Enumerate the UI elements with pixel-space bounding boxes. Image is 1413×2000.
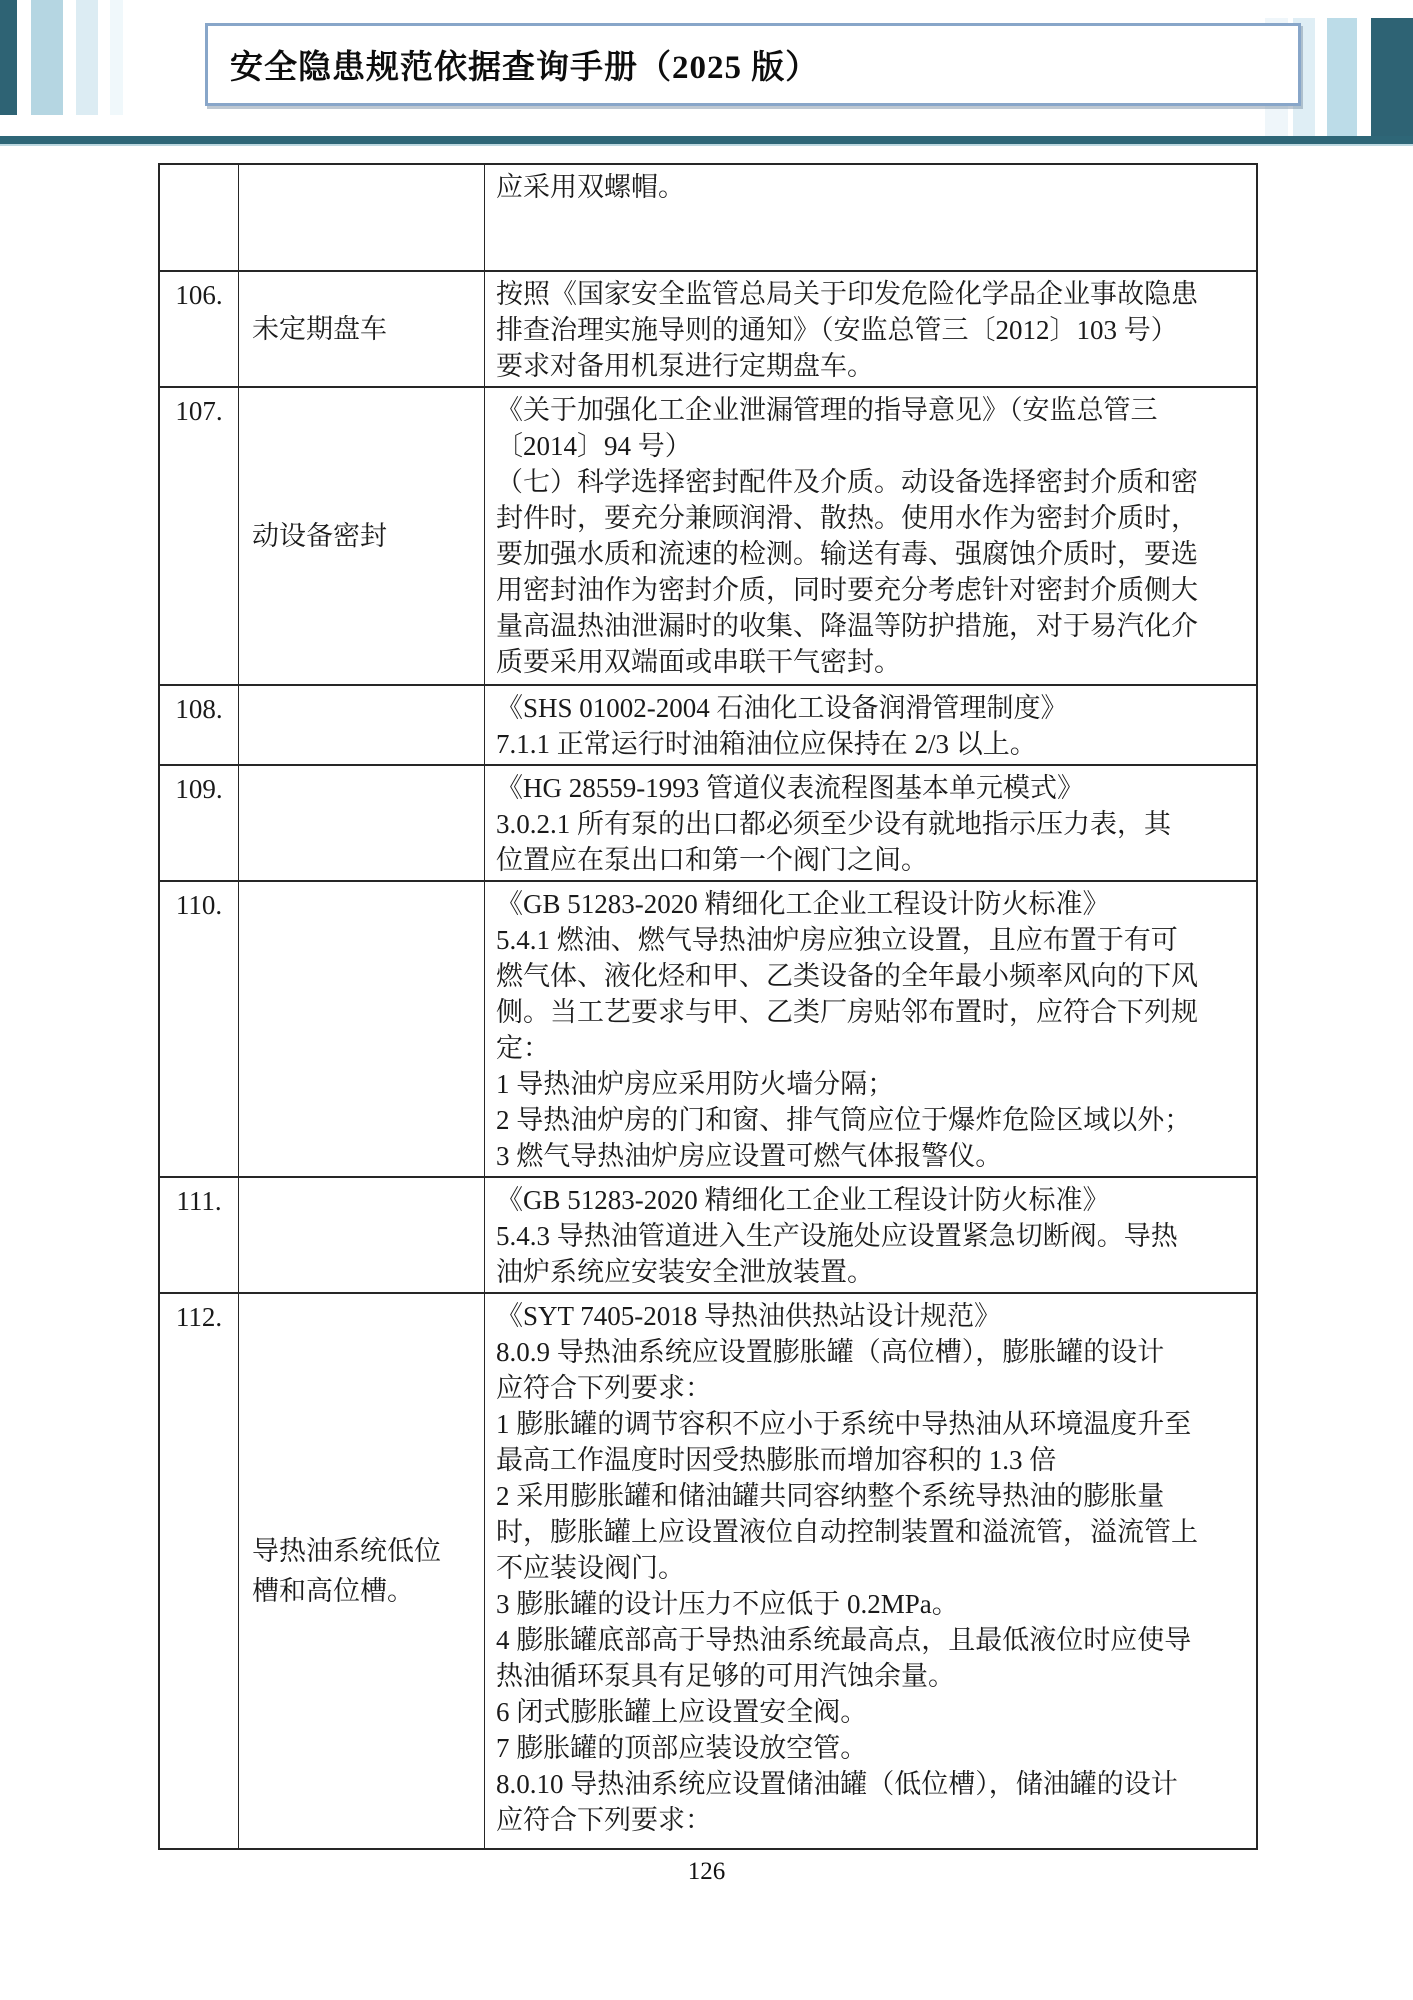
- table-row: 111. 《GB 51283-2020 精细化工企业工程设计防火标准》5.4.3…: [160, 1176, 1256, 1292]
- content-line: 〔2014〕94 号）: [496, 428, 1244, 464]
- content-line: 1 膨胀罐的调节容积不应小于系统中导热油从环境温度升至: [496, 1406, 1244, 1442]
- row-number-cell: [160, 165, 239, 270]
- row-number-cell: 110.: [160, 882, 239, 1176]
- row-content-cell: 《关于加强化工企业泄漏管理的指导意见》（安监总管三〔2014〕94 号）（七）科…: [485, 388, 1256, 684]
- row-number-cell: 106.: [160, 272, 239, 386]
- content-line: 排查治理实施导则的通知》（安监总管三〔2012〕103 号）: [496, 312, 1244, 348]
- table-row: 110. 《GB 51283-2020 精细化工企业工程设计防火标准》5.4.1…: [160, 880, 1256, 1176]
- table-row: 应采用双螺帽。: [160, 165, 1256, 270]
- row-category-cell: 未定期盘车: [239, 272, 485, 386]
- right-stripe-dark: [1371, 18, 1413, 144]
- content-line: 《GB 51283-2020 精细化工企业工程设计防火标准》: [496, 1182, 1244, 1218]
- category-line: 未定期盘车: [252, 309, 484, 349]
- row-content-cell: 《GB 51283-2020 精细化工企业工程设计防火标准》5.4.3 导热油管…: [485, 1178, 1256, 1292]
- row-category-cell: [239, 882, 485, 1176]
- content-line: 4 膨胀罐底部高于导热油系统最高点，且最低液位时应使导: [496, 1622, 1244, 1658]
- content-line: 《SYT 7405-2018 导热油供热站设计规范》: [496, 1298, 1244, 1334]
- row-number-cell: 109.: [160, 766, 239, 880]
- content-line: 《关于加强化工企业泄漏管理的指导意见》（安监总管三: [496, 392, 1244, 428]
- content-line: 8.0.9 导热油系统应设置膨胀罐（高位槽），膨胀罐的设计: [496, 1334, 1244, 1370]
- content-line: 要求对备用机泵进行定期盘车。: [496, 348, 1244, 384]
- content-line: 位置应在泵出口和第一个阀门之间。: [496, 842, 1244, 878]
- table-row: 109. 《HG 28559-1993 管道仪表流程图基本单元模式》3.0.2.…: [160, 764, 1256, 880]
- row-category-cell: [239, 766, 485, 880]
- row-number-cell: 112.: [160, 1294, 239, 1848]
- row-content-cell: 《SHS 01002-2004 石油化工设备润滑管理制度》7.1.1 正常运行时…: [485, 686, 1256, 764]
- row-category-cell: [239, 165, 485, 270]
- content-line: 燃气体、液化烃和甲、乙类设备的全年最小频率风向的下风: [496, 958, 1244, 994]
- content-line: 应采用双螺帽。: [496, 169, 1244, 205]
- content-line: 时，膨胀罐上应设置液位自动控制装置和溢流管，溢流管上: [496, 1514, 1244, 1550]
- content-line: 3 膨胀罐的设计压力不应低于 0.2MPa。: [496, 1586, 1244, 1622]
- header-divider-bar: [0, 136, 1413, 144]
- right-stripe-light-blue: [1327, 18, 1357, 136]
- row-number-cell: 111.: [160, 1178, 239, 1292]
- category-line: 动设备密封: [252, 516, 484, 556]
- left-stripe-dark: [0, 0, 17, 115]
- content-line: 要加强水质和流速的检测。输送有毒、强腐蚀介质时，要选: [496, 536, 1244, 572]
- left-stripe-pale-blue: [76, 0, 98, 115]
- content-line: （七）科学选择密封配件及介质。动设备选择密封介质和密: [496, 464, 1244, 500]
- content-line: 侧。当工艺要求与甲、乙类厂房贴邻布置时，应符合下列规: [496, 994, 1244, 1030]
- row-category-cell: 导热油系统低位槽和高位槽。: [239, 1294, 485, 1848]
- content-line: 不应装设阀门。: [496, 1550, 1244, 1586]
- content-line: 3.0.2.1 所有泵的出口都必须至少设有就地指示压力表，其: [496, 806, 1244, 842]
- document-page: 安全隐患规范依据查询手册（2025 版） 应采用双螺帽。 106. 未定期盘车 …: [0, 0, 1413, 2000]
- table-row: 106. 未定期盘车 按照《国家安全监管总局关于印发危险化学品企业事故隐患排查治…: [160, 270, 1256, 386]
- category-line: 槽和高位槽。: [252, 1571, 484, 1611]
- content-line: 5.4.3 导热油管道进入生产设施处应设置紧急切断阀。导热: [496, 1218, 1244, 1254]
- table-row: 108. 《SHS 01002-2004 石油化工设备润滑管理制度》7.1.1 …: [160, 684, 1256, 764]
- content-line: 3 燃气导热油炉房应设置可燃气体报警仪。: [496, 1138, 1244, 1174]
- row-content-cell: 《SYT 7405-2018 导热油供热站设计规范》8.0.9 导热油系统应设置…: [485, 1294, 1256, 1848]
- header-title-box: 安全隐患规范依据查询手册（2025 版）: [205, 23, 1301, 106]
- category-line: 导热油系统低位: [252, 1531, 484, 1571]
- content-line: 应符合下列要求：: [496, 1370, 1244, 1406]
- content-line: 最高工作温度时因受热膨胀而增加容积的 1.3 倍: [496, 1442, 1244, 1478]
- row-content-cell: 应采用双螺帽。: [485, 165, 1256, 270]
- content-line: 7 膨胀罐的顶部应装设放空管。: [496, 1730, 1244, 1766]
- content-line: 《SHS 01002-2004 石油化工设备润滑管理制度》: [496, 690, 1244, 726]
- content-line: 油炉系统应安装安全泄放装置。: [496, 1254, 1244, 1290]
- row-content-cell: 《GB 51283-2020 精细化工企业工程设计防火标准》5.4.1 燃油、燃…: [485, 882, 1256, 1176]
- row-category-cell: [239, 686, 485, 764]
- content-line: 定：: [496, 1030, 1244, 1066]
- content-line: 用密封油作为密封介质，同时要充分考虑针对密封介质侧大: [496, 572, 1244, 608]
- row-content-cell: 按照《国家安全监管总局关于印发危险化学品企业事故隐患排查治理实施导则的通知》（安…: [485, 272, 1256, 386]
- content-line: 应符合下列要求：: [496, 1802, 1244, 1838]
- left-stripe-faint-blue: [110, 0, 123, 115]
- row-category-cell: 动设备密封: [239, 388, 485, 684]
- row-number-cell: 108.: [160, 686, 239, 764]
- header-divider-bar-edge: [0, 144, 1413, 146]
- page-number: 126: [0, 1858, 1413, 1886]
- content-line: 按照《国家安全监管总局关于印发危险化学品企业事故隐患: [496, 276, 1244, 312]
- content-line: 6 闭式膨胀罐上应设置安全阀。: [496, 1694, 1244, 1730]
- content-line: 封件时，要充分兼顾润滑、散热。使用水作为密封介质时，: [496, 500, 1244, 536]
- content-line: 量高温热油泄漏时的收集、降温等防护措施，对于易汽化介: [496, 608, 1244, 644]
- content-line: 7.1.1 正常运行时油箱油位应保持在 2/3 以上。: [496, 726, 1244, 762]
- page-title: 安全隐患规范依据查询手册（2025 版）: [230, 41, 819, 88]
- content-line: 热油循环泵具有足够的可用汽蚀余量。: [496, 1658, 1244, 1694]
- content-line: 2 采用膨胀罐和储油罐共同容纳整个系统导热油的膨胀量: [496, 1478, 1244, 1514]
- content-line: 5.4.1 燃油、燃气导热油炉房应独立设置，且应布置于有可: [496, 922, 1244, 958]
- table-row: 107. 动设备密封 《关于加强化工企业泄漏管理的指导意见》（安监总管三〔201…: [160, 386, 1256, 684]
- row-content-cell: 《HG 28559-1993 管道仪表流程图基本单元模式》3.0.2.1 所有泵…: [485, 766, 1256, 880]
- table-row: 112. 导热油系统低位槽和高位槽。 《SYT 7405-2018 导热油供热站…: [160, 1292, 1256, 1848]
- row-number-cell: 107.: [160, 388, 239, 684]
- left-stripe-light-blue: [31, 0, 63, 115]
- content-line: 2 导热油炉房的门和窗、排气筒应位于爆炸危险区域以外；: [496, 1102, 1244, 1138]
- content-line: 《HG 28559-1993 管道仪表流程图基本单元模式》: [496, 770, 1244, 806]
- content-line: 质要采用双端面或串联干气密封。: [496, 644, 1244, 680]
- content-line: 《GB 51283-2020 精细化工企业工程设计防火标准》: [496, 886, 1244, 922]
- content-line: 1 导热油炉房应采用防火墙分隔；: [496, 1066, 1244, 1102]
- content-line: 8.0.10 导热油系统应设置储油罐（低位槽），储油罐的设计: [496, 1766, 1244, 1802]
- regulation-table: 应采用双螺帽。 106. 未定期盘车 按照《国家安全监管总局关于印发危险化学品企…: [158, 163, 1258, 1850]
- row-category-cell: [239, 1178, 485, 1292]
